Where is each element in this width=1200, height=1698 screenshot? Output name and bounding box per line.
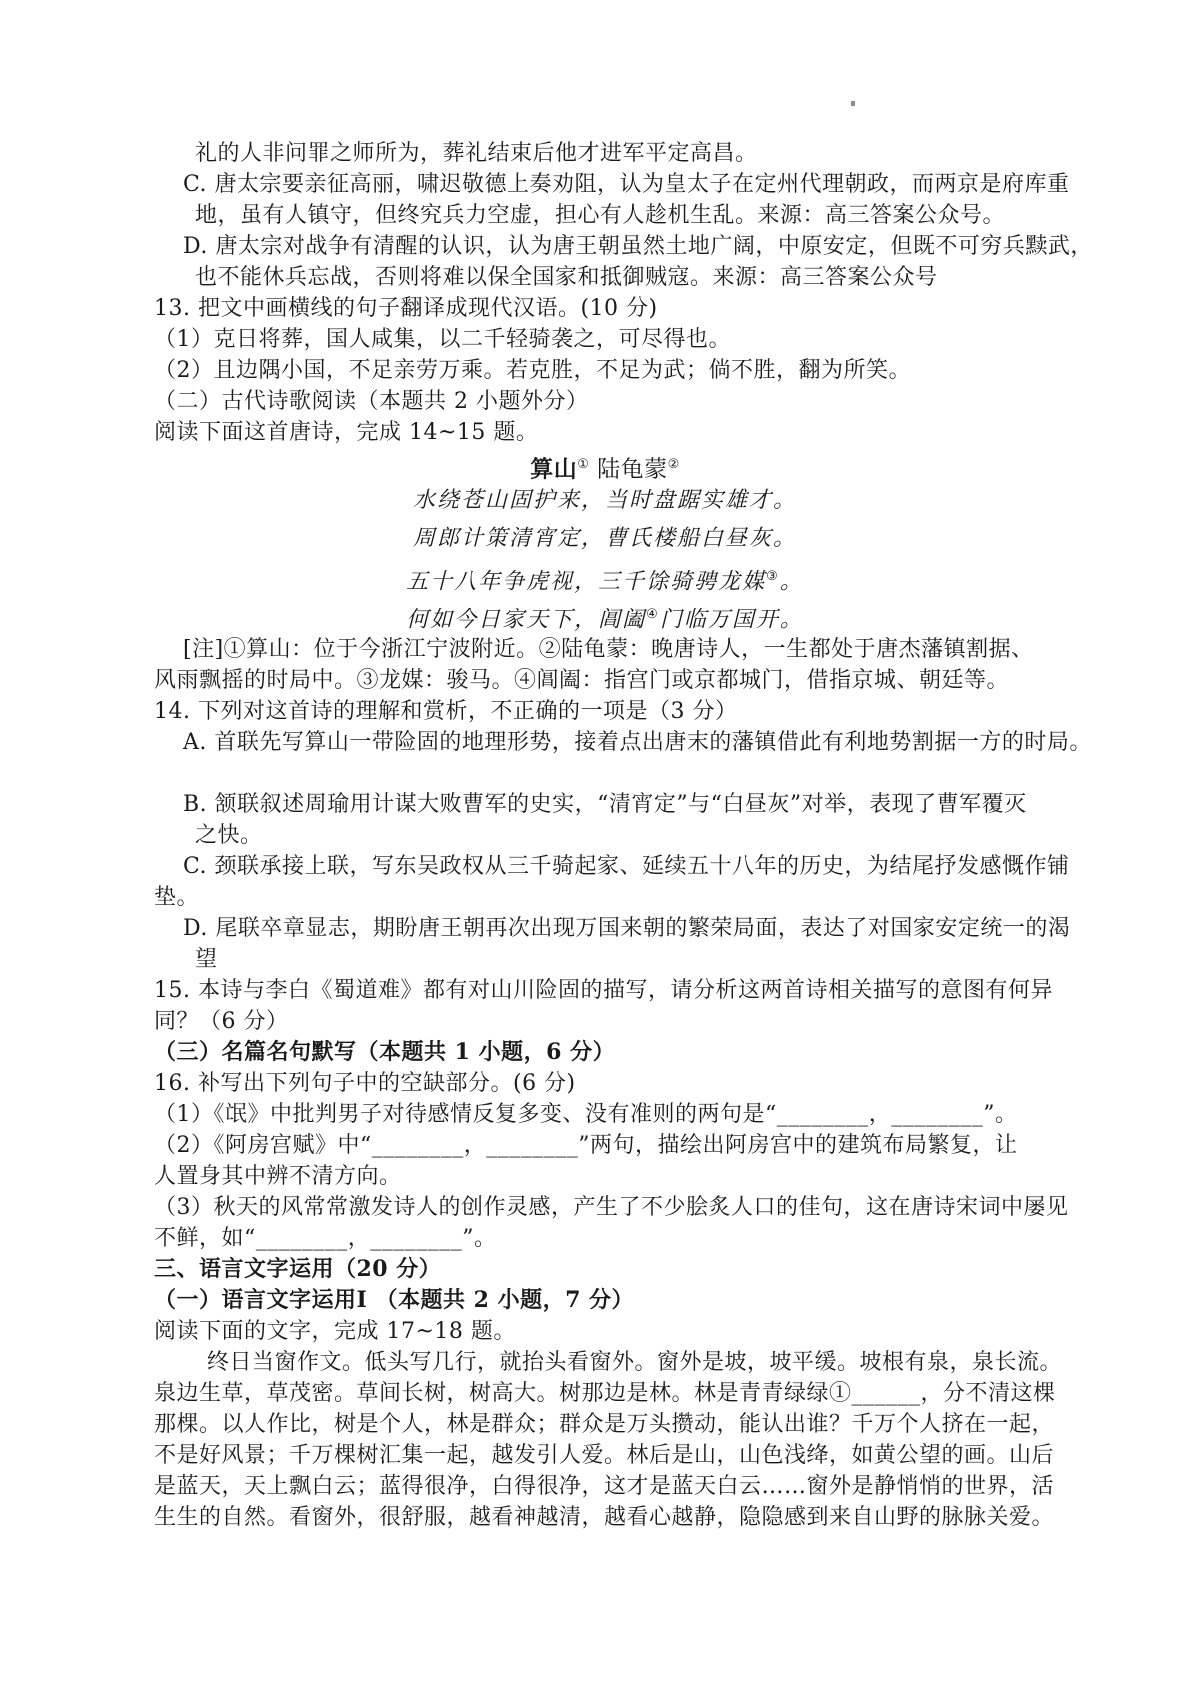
text-line: 阅读下面的文字，完成 17~18 题。 bbox=[150, 1316, 1060, 1347]
text-segment: 。 bbox=[780, 569, 804, 594]
text-line: D. 尾联卒章显志，期盼唐王朝再次出现万国来朝的繁荣局面，表达了对国家安定统一的… bbox=[150, 913, 1060, 944]
exam-paper-page: 礼的人非问罪之师所为，葬礼结束后他才进军平定高昌。C. 唐太宗要亲征高丽，啸迟敬… bbox=[0, 0, 1200, 1698]
text-line: 14. 下列对这首诗的理解和赏析，不正确的一项是（3 分） bbox=[150, 696, 1060, 727]
text-line: 13. 把文中画横线的句子翻译成现代汉语。(10 分) bbox=[150, 293, 1060, 324]
text-line: 水绕苍山固护来，当时盘踞实雄才。 bbox=[150, 482, 1060, 520]
text-line: 是蓝天，天上飘白云；蓝得很净，白得很净，这才是蓝天白云……窗外是静悄悄的世界，活 bbox=[150, 1471, 1060, 1502]
text-line: D. 唐太宗对战争有清醒的认识，认为唐王朝虽然土地广阔，中原安定，但既不可穷兵黩… bbox=[150, 231, 1060, 262]
text-line: （3）秋天的风常常激发诗人的创作灵感，产生了不少脍炙人口的佳句，这在唐诗宋词中屡… bbox=[150, 1192, 1060, 1223]
text-line: 垫。 bbox=[150, 882, 1060, 913]
text-line: 不鲜，如“________，________”。 bbox=[150, 1223, 1060, 1254]
text-line: 也不能休兵忘战，否则将难以保全国家和抵御贼寇。来源：高三答案公众号 bbox=[150, 262, 1060, 293]
text-line: 三、语言文字运用（20 分） bbox=[150, 1254, 1060, 1285]
document-body: 礼的人非问罪之师所为，葬礼结束后他才进军平定高昌。C. 唐太宗要亲征高丽，啸迟敬… bbox=[150, 138, 1060, 1533]
text-line: 不是好风景；千万棵树汇集一起，越发引人爱。林后是山，山色浅绛，如黄公望的画。山后 bbox=[150, 1440, 1060, 1471]
text-line: 算山① 陆龟蒙② bbox=[150, 448, 1060, 482]
text-segment: 五十八年争虎视，三千馀骑骋龙媒 bbox=[406, 569, 766, 594]
text-segment: 门临万国开。 bbox=[660, 607, 804, 632]
text-line: 礼的人非问罪之师所为，葬礼结束后他才进军平定高昌。 bbox=[150, 138, 1060, 169]
text-line: （2）且边隅小国，不足亲劳万乘。若克胜，不足为武；倘不胜，翻为所笑。 bbox=[150, 355, 1060, 386]
text-line: A. 首联先写算山一带险固的地理形势，接着点出唐末的藩镇借此有利地势割据一方的时… bbox=[150, 727, 1060, 758]
superscript-note-marker: ③ bbox=[766, 569, 780, 584]
text-line: 周郎计策清宵定，曹氏楼船白昼灰。 bbox=[150, 520, 1060, 558]
superscript-note-marker: ④ bbox=[646, 607, 660, 622]
text-line: 五十八年争虎视，三千馀骑骋龙媒③。 bbox=[150, 558, 1060, 596]
text-line: C. 唐太宗要亲征高丽，啸迟敬德上奏劝阻，认为皇太子在定州代理朝政，而两京是府库… bbox=[150, 169, 1060, 200]
superscript-note-marker: ① bbox=[577, 457, 589, 472]
text-line: （一）语言文字运用Ⅰ （本题共 2 小题，7 分） bbox=[150, 1285, 1060, 1316]
text-line: 何如今日家天下，阊阖④门临万国开。 bbox=[150, 596, 1060, 634]
text-line: 泉边生草，草茂密。草间长树，树高大。树那边是林。林是青青绿绿①______，分不… bbox=[150, 1378, 1060, 1409]
text-line: [注]①算山：位于今浙江宁波附近。②陆龟蒙：晚唐诗人，一生都处于唐杰藩镇割据、 bbox=[150, 634, 1060, 665]
text-line: 地，虽有人镇守，但终究兵力空虚，担心有人趁机生乱。来源：高三答案公众号。 bbox=[150, 200, 1060, 231]
text-segment: 何如今日家天下，阊阖 bbox=[406, 607, 646, 632]
text-line: 同？（6 分） bbox=[150, 1006, 1060, 1037]
text-line: 生生的自然。看窗外，很舒服，越看神越清，越看心越静，隐隐感到来自山野的脉脉关爱。 bbox=[150, 1502, 1060, 1533]
blank-line bbox=[150, 758, 1060, 789]
superscript-note-marker: ② bbox=[668, 457, 680, 472]
text-line: 那棵。以人作比，树是个人，林是群众；群众是万头攒动，能认出谁？千万个人挤在一起， bbox=[150, 1409, 1060, 1440]
text-line: （2）《阿房宫赋》中“________，________”两句，描绘出阿房宫中的… bbox=[150, 1130, 1060, 1161]
text-segment: 陆龟蒙 bbox=[589, 457, 667, 483]
scan-speck bbox=[851, 101, 855, 106]
text-line: 风雨飘摇的时局中。③龙媒：骏马。④阊阖：指宫门或京都城门，借指京城、朝廷等。 bbox=[150, 665, 1060, 696]
text-line: 望 bbox=[150, 944, 1060, 975]
text-line: 终日当窗作文。低头写几行，就抬头看窗外。窗外是坡，坡平缓。坡根有泉，泉长流。 bbox=[150, 1347, 1060, 1378]
text-line: B. 颔联叙述周瑜用计谋大败曹军的史实，“清宵定”与“白昼灰”对举，表现了曹军覆… bbox=[150, 789, 1060, 820]
text-line: （1）克日将葬，国人咸集，以二千轻骑袭之，可尽得也。 bbox=[150, 324, 1060, 355]
text-line: 16. 补写出下列句子中的空缺部分。(6 分) bbox=[150, 1068, 1060, 1099]
text-line: （二）古代诗歌阅读（本题共 2 小题外分） bbox=[150, 386, 1060, 417]
text-line: 之快。 bbox=[150, 820, 1060, 851]
text-line: 人置身其中辨不清方向。 bbox=[150, 1161, 1060, 1192]
text-line: C. 颈联承接上联，写东吴政权从三千骑起家、延续五十八年的历史，为结尾抒发感慨作… bbox=[150, 851, 1060, 882]
text-line: （三）名篇名句默写（本题共 1 小题，6 分） bbox=[150, 1037, 1060, 1068]
text-segment: 算山 bbox=[530, 456, 577, 483]
text-line: 阅读下面这首唐诗，完成 14~15 题。 bbox=[150, 417, 1060, 448]
text-line: 15. 本诗与李白《蜀道难》都有对山川险固的描写，请分析这两首诗相关描写的意图有… bbox=[150, 975, 1060, 1006]
text-line: （1）《氓》中批判男子对待感情反复多变、没有准则的两句是“________，__… bbox=[150, 1099, 1060, 1130]
